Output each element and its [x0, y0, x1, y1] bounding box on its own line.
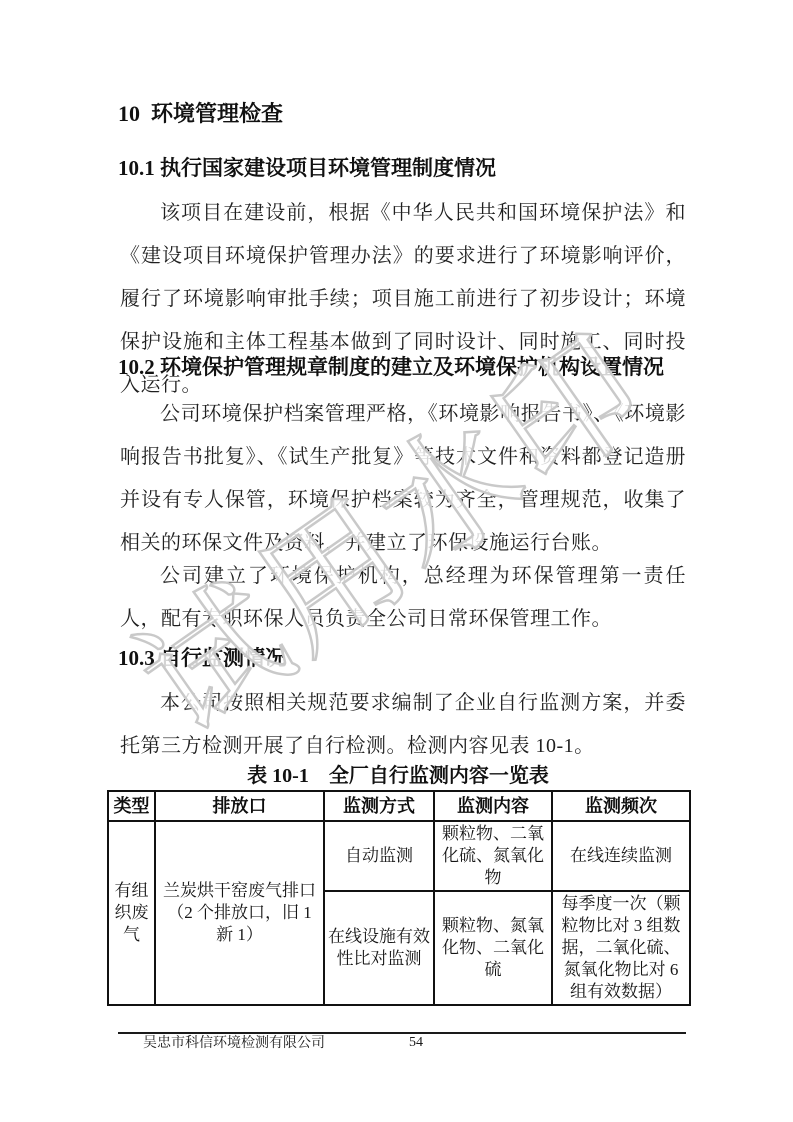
- section-heading-10-3: 10.3 自行监测情况: [118, 644, 286, 672]
- cell-frequency-2: 每季度一次（颗粒物比对 3 组数据，二氧化硫、氮氧化物比对 6 组有效数据）: [552, 891, 690, 1005]
- self-monitoring-table: 类型 排放口 监测方式 监测内容 监测频次 有组织废气 兰炭烘干窑废气排口（2 …: [107, 790, 691, 1006]
- section-heading-10-1: 10.1 执行国家建设项目环境管理制度情况: [118, 154, 496, 182]
- section-heading-10-2: 10.2 环境保护管理规章制度的建立及环境保护机构设置情况: [118, 353, 664, 381]
- header-outlet: 排放口: [155, 791, 324, 821]
- document-page: 10 环境管理检查 10.1 执行国家建设项目环境管理制度情况 该项目在建设前，…: [0, 0, 793, 1122]
- header-type: 类型: [108, 791, 155, 821]
- cell-content-2: 颗粒物、氮氧化物、二氧化硫: [434, 891, 552, 1005]
- footer-page-number: 54: [118, 1033, 686, 1053]
- cell-method-1: 自动监测: [324, 821, 434, 891]
- table-row: 有组织废气 兰炭烘干窑废气排口（2 个排放口，旧 1 新 1） 自动监测 颗粒物…: [108, 821, 690, 891]
- cell-method-2: 在线设施有效性比对监测: [324, 891, 434, 1005]
- paragraph-10-2-b: 公司建立了环境保护机构，总经理为环保管理第一责任人，配有专职环保人员负责全公司日…: [120, 555, 686, 641]
- table-caption: 表 10-1 全厂自行监测内容一览表: [107, 764, 689, 788]
- header-method: 监测方式: [324, 791, 434, 821]
- header-frequency: 监测频次: [552, 791, 690, 821]
- table-header-row: 类型 排放口 监测方式 监测内容 监测频次: [108, 791, 690, 821]
- cell-outlet: 兰炭烘干窑废气排口（2 个排放口，旧 1 新 1）: [155, 821, 324, 1005]
- cell-waste-gas-type: 有组织废气: [108, 821, 155, 1005]
- cell-content-1: 颗粒物、二氧化硫、氮氧化物: [434, 821, 552, 891]
- paragraph-10-2-a: 公司环境保护档案管理严格，《环境影响报告书》、《环境影响报告书批复》、《试生产批…: [120, 393, 686, 565]
- cell-frequency-1: 在线连续监测: [552, 821, 690, 891]
- chapter-heading: 10 环境管理检查: [118, 100, 283, 128]
- paragraph-10-3: 本公司按照相关规范要求编制了企业自行监测方案，并委托第三方检测开展了自行检测。检…: [120, 682, 686, 768]
- header-content: 监测内容: [434, 791, 552, 821]
